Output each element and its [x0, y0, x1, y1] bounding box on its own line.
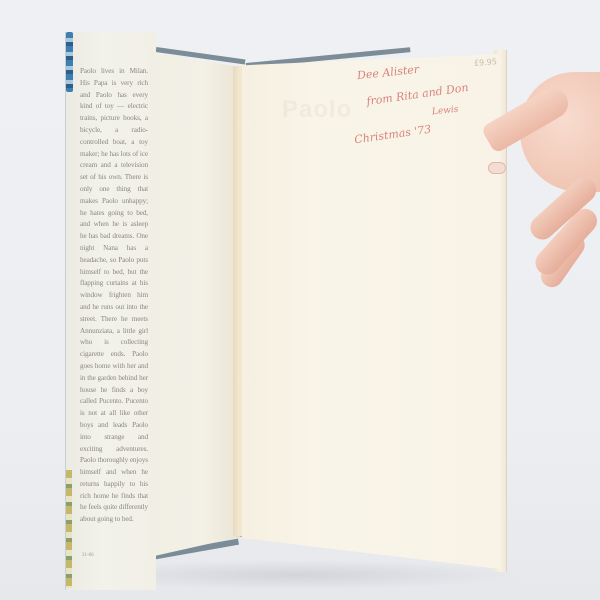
photo-scene: Paolo lives in Milan. His Papa is very r… [0, 0, 600, 600]
jacket-cover-art-edge-top [66, 32, 73, 92]
jacket-blurb-text: Paolo lives in Milan. His Papa is very r… [80, 66, 148, 526]
jacket-cover-art-edge-bottom [66, 470, 72, 588]
left-endpaper [150, 52, 240, 557]
jacket-price-code: 21-66 [82, 553, 94, 558]
thumbnail [488, 162, 506, 174]
pencil-price-note: £9.95 [474, 57, 497, 68]
